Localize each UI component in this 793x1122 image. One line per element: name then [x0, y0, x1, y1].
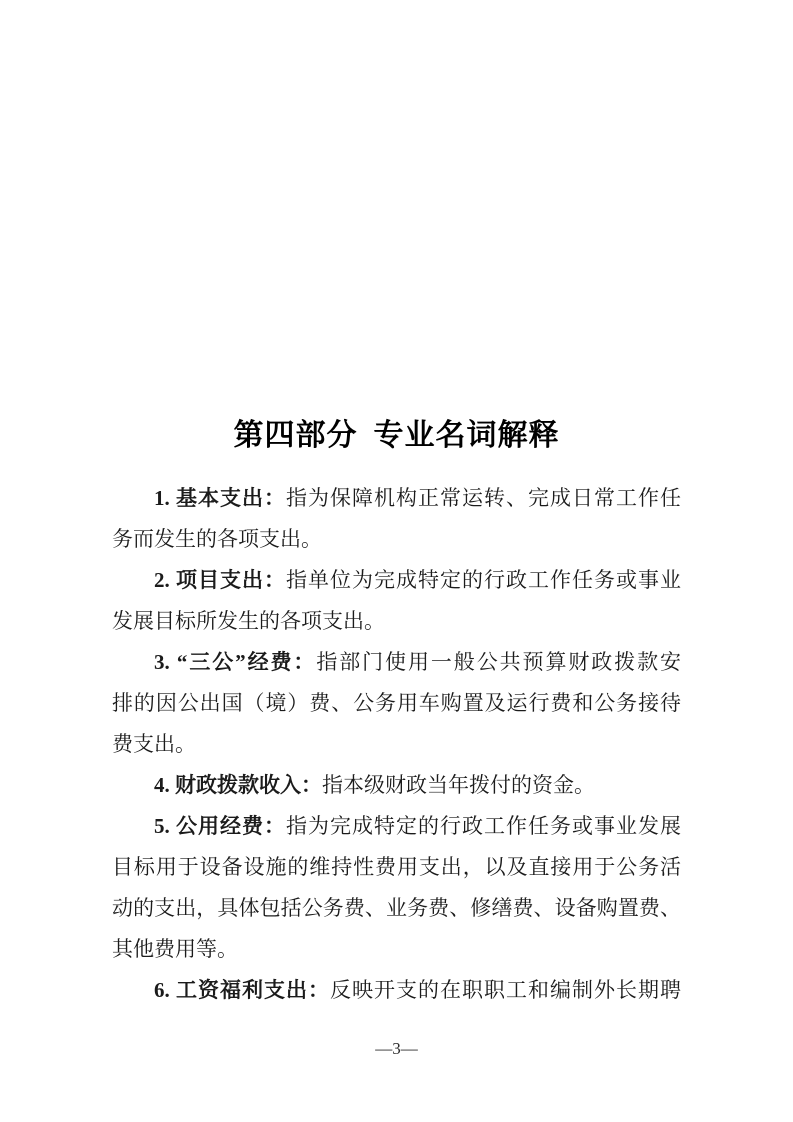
definition-line: 排的因公出国（境）费、公务用车购置及运行费和公务接待 — [112, 683, 681, 724]
definition-text: 指单位为完成特定的行政工作任务或事业 — [286, 568, 681, 592]
definition-line: 动的支出，具体包括公务费、业务费、修缮费、设备购置费、 — [112, 888, 681, 929]
definition-line: 目标用于设备设施的维持性费用支出，以及直接用于公务活 — [112, 847, 681, 888]
definition-line: 2. 项目支出：指单位为完成特定的行政工作任务或事业 — [112, 560, 681, 601]
definition-text: 动的支出，具体包括公务费、业务费、修缮费、设备购置费、 — [112, 896, 681, 920]
page-number: —3— — [0, 1038, 793, 1060]
definition-text: 指部门使用一般公共预算财政拨款安 — [316, 650, 681, 674]
definition-term: 5. 公用经费： — [154, 814, 286, 838]
definition-line: 务而发生的各项支出。 — [112, 519, 681, 560]
definition-text: 指本级财政当年拨付的资金。 — [322, 773, 595, 797]
definition-line: 6. 工资福利支出：反映开支的在职职工和编制外长期聘 — [112, 970, 681, 1011]
definition-text: 费支出。 — [112, 732, 196, 756]
definition-term: 6. 工资福利支出： — [154, 978, 330, 1002]
definition-text: 指为完成特定的行政工作任务或事业发展 — [286, 814, 681, 838]
page-title: 第四部分专业名词解释 — [0, 416, 793, 456]
definition-text: 务而发生的各项支出。 — [112, 527, 322, 551]
definitions-list: 1. 基本支出：指为保障机构正常运转、完成日常工作任务而发生的各项支出。2. 项… — [112, 478, 681, 1011]
definition-text: 目标用于设备设施的维持性费用支出，以及直接用于公务活 — [112, 855, 681, 879]
definition-text: 发展目标所发生的各项支出。 — [112, 609, 385, 633]
definition-term: 4. 财政拨款收入： — [154, 773, 322, 797]
definition-text: 排的因公出国（境）费、公务用车购置及运行费和公务接待 — [112, 691, 681, 715]
definition-term: 1. 基本支出： — [154, 486, 286, 510]
definition-text: 指为保障机构正常运转、完成日常工作任 — [286, 486, 681, 510]
definition-text: 反映开支的在职职工和编制外长期聘 — [330, 978, 681, 1002]
definition-term: 2. 项目支出： — [154, 568, 286, 592]
definition-line: 4. 财政拨款收入：指本级财政当年拨付的资金。 — [112, 765, 681, 806]
definition-term: 3. “三公”经费： — [154, 650, 316, 674]
document-page: 第四部分专业名词解释 1. 基本支出：指为保障机构正常运转、完成日常工作任务而发… — [0, 0, 793, 1122]
definition-text: 其他费用等。 — [112, 937, 238, 961]
title-part-2: 专业名词解释 — [374, 419, 560, 452]
definition-line: 5. 公用经费：指为完成特定的行政工作任务或事业发展 — [112, 806, 681, 847]
definition-line: 发展目标所发生的各项支出。 — [112, 601, 681, 642]
definition-line: 其他费用等。 — [112, 929, 681, 970]
definition-line: 费支出。 — [112, 724, 681, 765]
definition-line: 1. 基本支出：指为保障机构正常运转、完成日常工作任 — [112, 478, 681, 519]
definition-line: 3. “三公”经费：指部门使用一般公共预算财政拨款安 — [112, 642, 681, 683]
title-part-1: 第四部分 — [234, 419, 358, 452]
